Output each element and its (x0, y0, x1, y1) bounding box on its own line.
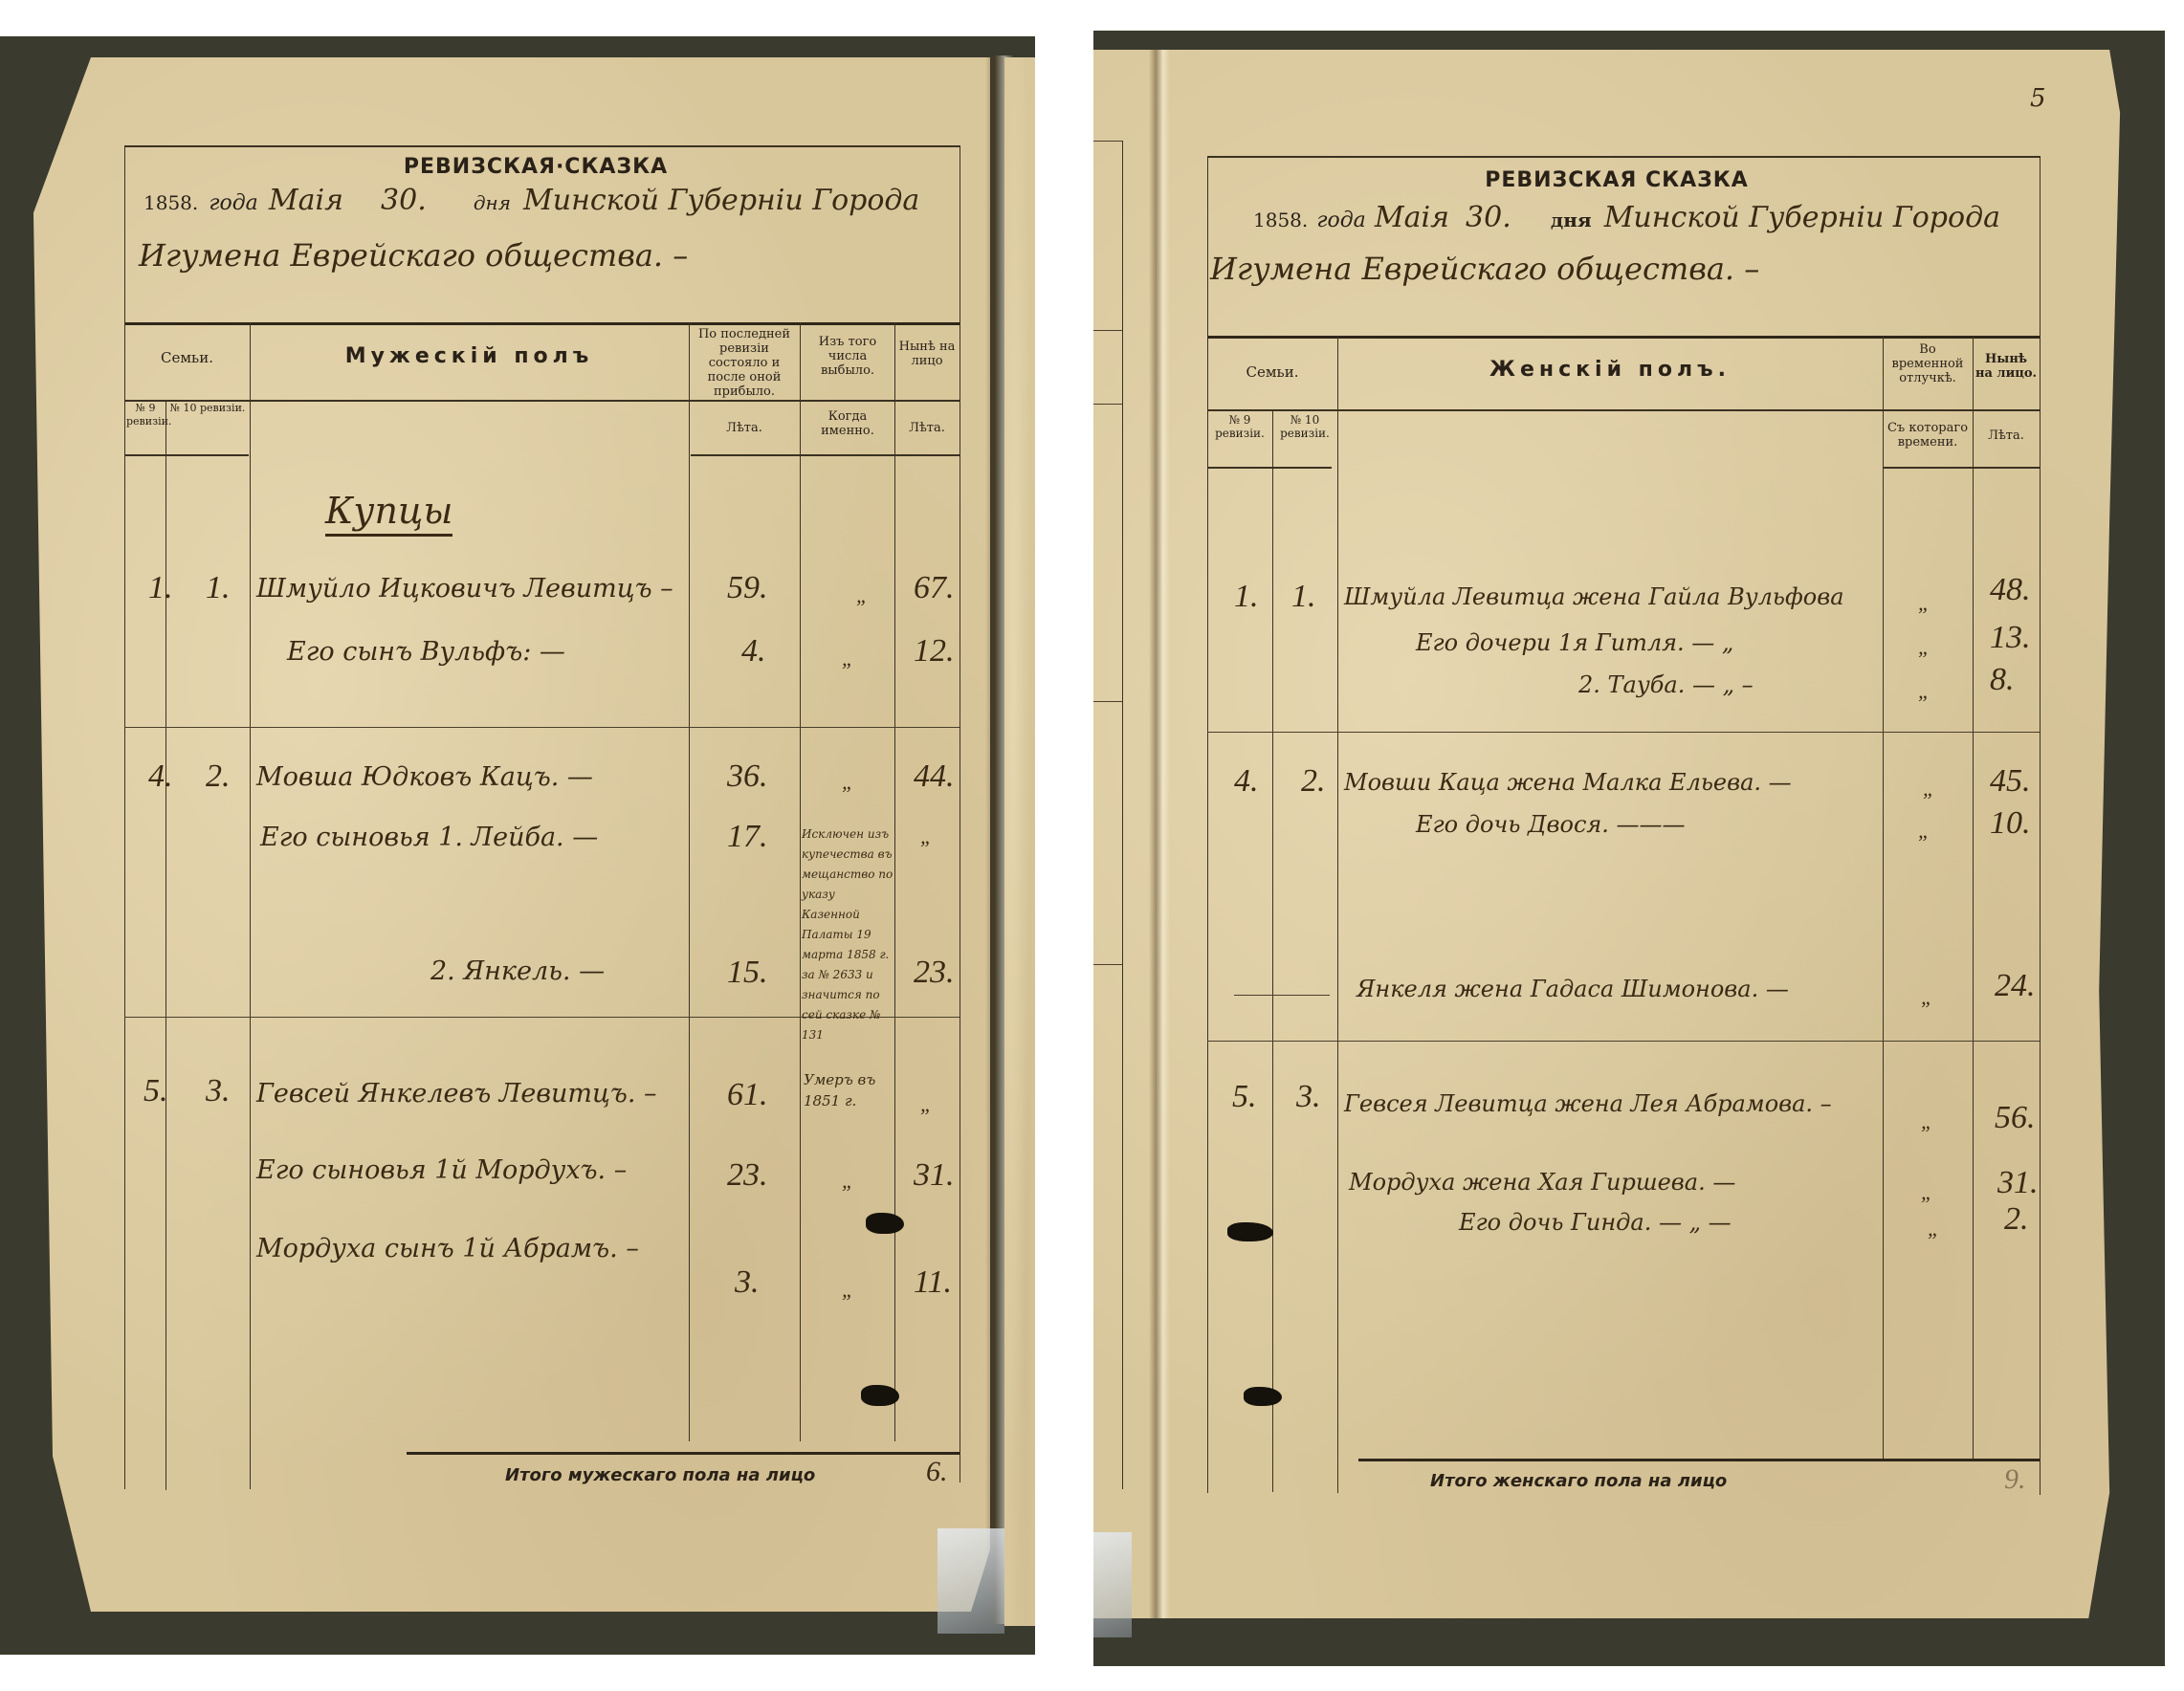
paper-fold (1149, 50, 1170, 1618)
left-col-families: Семьи. (124, 349, 250, 366)
left-date-line: 1858. года Маія 30. дня Минской Губерніи… (143, 184, 957, 231)
left-col-departed-sub: Когда именно. (804, 409, 892, 438)
ink-blot (1227, 1222, 1273, 1241)
year-label: года (1316, 209, 1365, 232)
day: 30. (381, 184, 427, 217)
day: 30. (1466, 201, 1511, 234)
right-date-line: 1858. года Маія 30. дня Минской Губерніи… (1253, 201, 2038, 249)
left-col-last-revision: По последней ревизіи состояло и после он… (691, 327, 798, 399)
left-col-age-sub: Лѣта. (691, 421, 798, 435)
place: Минской Губерніи Города (1604, 201, 2000, 234)
ink-blot (1244, 1387, 1282, 1406)
right-col-present: Нынѣ на лицо. (1974, 352, 2038, 381)
day-label: дня (1551, 209, 1592, 231)
right-community-line: Игумена Еврейскаго общества. – (1210, 251, 1759, 287)
day-label: дня (474, 191, 511, 214)
right-col-families: Семьи. (1207, 363, 1337, 381)
right-total-value: 9. (2004, 1463, 2026, 1496)
right-total-label: Итого женскаго пола на лицо (1430, 1471, 1727, 1491)
left-col-present: Нынѣ на лицо (897, 340, 957, 368)
left-col-present-sub: Лѣта. (897, 421, 957, 435)
year: 1858. (1253, 209, 1308, 231)
left-total-value: 6. (926, 1456, 948, 1488)
left-community-line: Игумена Еврейскаго общества. – (139, 237, 688, 274)
page-number: 5 (2030, 84, 2046, 113)
left-col-departed: Изъ того числа выбыло. (804, 335, 892, 378)
place: Минской Губерніи Города (523, 184, 919, 217)
section-heading-merchants: Купцы (325, 490, 452, 537)
plastic-sleeve-corner (1093, 1532, 1132, 1637)
plastic-sleeve-corner (938, 1528, 1004, 1634)
left-col-sex-heading: Мужескій полъ (250, 344, 689, 368)
right-col-present-sub: Лѣта. (1974, 428, 2038, 443)
right-col-rev9: № 9 ревизіи. (1209, 413, 1270, 440)
ink-blot (861, 1385, 899, 1406)
left-col-rev10: № 10 ревизіи. (167, 402, 248, 415)
left-col-rev9: № 9 ревизіи. (126, 402, 165, 428)
right-col-rev10: № 10 ревизіи. (1274, 413, 1335, 440)
month: Маія (1375, 201, 1449, 234)
right-col-absent: Во временной отлучкѣ. (1885, 342, 1971, 385)
year-label: года (209, 191, 257, 215)
left-form-title: РЕВИЗСКАЯ·СКАЗКА (392, 155, 679, 179)
right-form-title: РЕВИЗСКАЯ СКАЗКА (1464, 168, 1770, 192)
month: Маія (269, 184, 343, 217)
right-col-sex-heading: Женскій полъ. (1337, 358, 1883, 382)
departure-annotation: Исключен изъ купечества въ мещанство по … (802, 824, 893, 1045)
right-col-absent-sub: Съ котораго времени. (1885, 421, 1971, 450)
year: 1858. (143, 191, 198, 214)
left-total-label: Итого мужескаго пола на лицо (505, 1465, 815, 1485)
adjacent-page-edge (1004, 57, 1035, 1626)
ink-blot (866, 1213, 904, 1234)
